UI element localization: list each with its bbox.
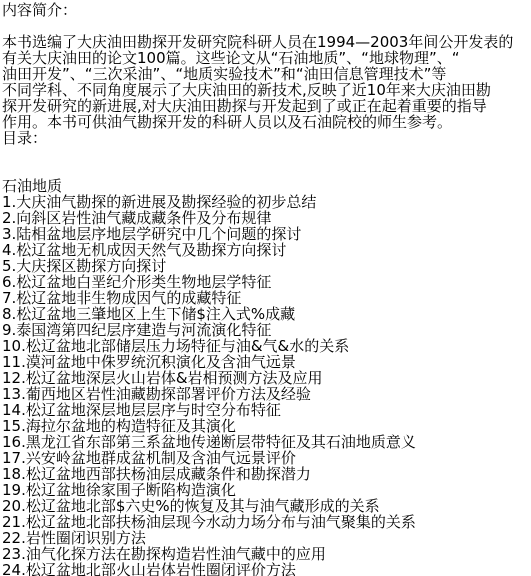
toc-item: 14.松辽盆地深层地层层序与时空分布特征 bbox=[2, 402, 531, 418]
toc-item: 7.松辽盆地非生物成因气的成藏特征 bbox=[2, 290, 531, 306]
toc-item: 4.松辽盆地无机成因天然气及勘探方向探讨 bbox=[2, 242, 531, 258]
toc-item: 18.松辽盆地西部扶杨油层成藏条件和勘探潜力 bbox=[2, 466, 531, 482]
intro-paragraph-line: 有关大庆油田的论文100篇。这些论文从“石油地质”、“地球物理”、“ bbox=[2, 50, 531, 66]
toc-item: 16.黑龙江省东部第三系盆地传递断层带特征及其石油地质意义 bbox=[2, 434, 531, 450]
toc-item: 5.大庆探区勘探方向探讨 bbox=[2, 258, 531, 274]
toc-item: 24.松辽盆地北部火山岩体岩性圈闭评价方法 bbox=[2, 562, 531, 576]
toc-item: 13.葡西地区岩性油藏勘探部署评价方法及经验 bbox=[2, 386, 531, 402]
document-page: 内容简介： 本书选编了大庆油田勘探开发研究院科研人员在1994—2003年间公开… bbox=[0, 0, 531, 576]
intro-paragraph-line: 本书选编了大庆油田勘探开发研究院科研人员在1994—2003年间公开发表的 bbox=[2, 34, 531, 50]
intro-paragraph-line: 不同学科、不同角度展示了大庆油田的新技术,反映了近10年来大庆油田勘 bbox=[2, 82, 531, 98]
toc-item: 1.大庆油气勘探的新进展及勘探经验的初步总结 bbox=[2, 194, 531, 210]
toc-item: 8.松辽盆地三肇地区上生下储$注入式%成藏 bbox=[2, 306, 531, 322]
intro-paragraph-line: 作用。本书可供油气勘探开发的科研人员以及石油院校的师生参考。 bbox=[2, 114, 531, 130]
toc-item: 11.漠河盆地中侏罗统沉积演化及含油气远景 bbox=[2, 354, 531, 370]
toc-item: 20.松辽盆地北部$六史%的恢复及其与油气藏形成的关系 bbox=[2, 498, 531, 514]
toc-item: 23.油气化探方法在勘探构造岩性油气藏中的应用 bbox=[2, 546, 531, 562]
blank-line bbox=[2, 18, 531, 34]
toc-item: 9.泰国湾第四纪层序建造与河流演化特征 bbox=[2, 322, 531, 338]
toc-item: 19.松辽盆地徐家围子断陷构造演化 bbox=[2, 482, 531, 498]
intro-heading: 内容简介： bbox=[2, 2, 531, 18]
toc-item: 22.岩性圈闭识别方法 bbox=[2, 530, 531, 546]
toc-item: 10.松辽盆地北部储层压力场特征与油&气&水的关系 bbox=[2, 338, 531, 354]
toc-item: 6.松辽盆地白垩纪介形类生物地层学特征 bbox=[2, 274, 531, 290]
toc-item: 15.海拉尔盆地的构造特征及其演化 bbox=[2, 418, 531, 434]
toc-section-title: 石油地质 bbox=[2, 178, 531, 194]
toc-item-list: 1.大庆油气勘探的新进展及勘探经验的初步总结 2.向斜区岩性油气藏成藏条件及分布… bbox=[2, 194, 531, 576]
toc-item: 17.兴安岭盆地群成盆机制及含油气远景评价 bbox=[2, 450, 531, 466]
toc-item: 2.向斜区岩性油气藏成藏条件及分布规律 bbox=[2, 210, 531, 226]
toc-item: 21.松辽盆地北部扶杨油层现今水动力场分布与油气聚集的关系 bbox=[2, 514, 531, 530]
toc-item: 12.松辽盆地深层火山岩体&岩相预测方法及应用 bbox=[2, 370, 531, 386]
toc-item: 3.陆相盆地层序地层学研究中几个问题的探讨 bbox=[2, 226, 531, 242]
intro-paragraph-line: 探开发研究的新进展,对大庆油田勘探与开发起到了或正在起着重要的指导 bbox=[2, 98, 531, 114]
intro-paragraph-line: 油田开发”、“三次采油”、“地质实验技术”和“油田信息管理技术”等 bbox=[2, 66, 531, 82]
blank-lines bbox=[2, 146, 531, 178]
toc-heading: 目录： bbox=[2, 130, 531, 146]
intro-paragraph: 本书选编了大庆油田勘探开发研究院科研人员在1994—2003年间公开发表的 有关… bbox=[2, 34, 531, 130]
